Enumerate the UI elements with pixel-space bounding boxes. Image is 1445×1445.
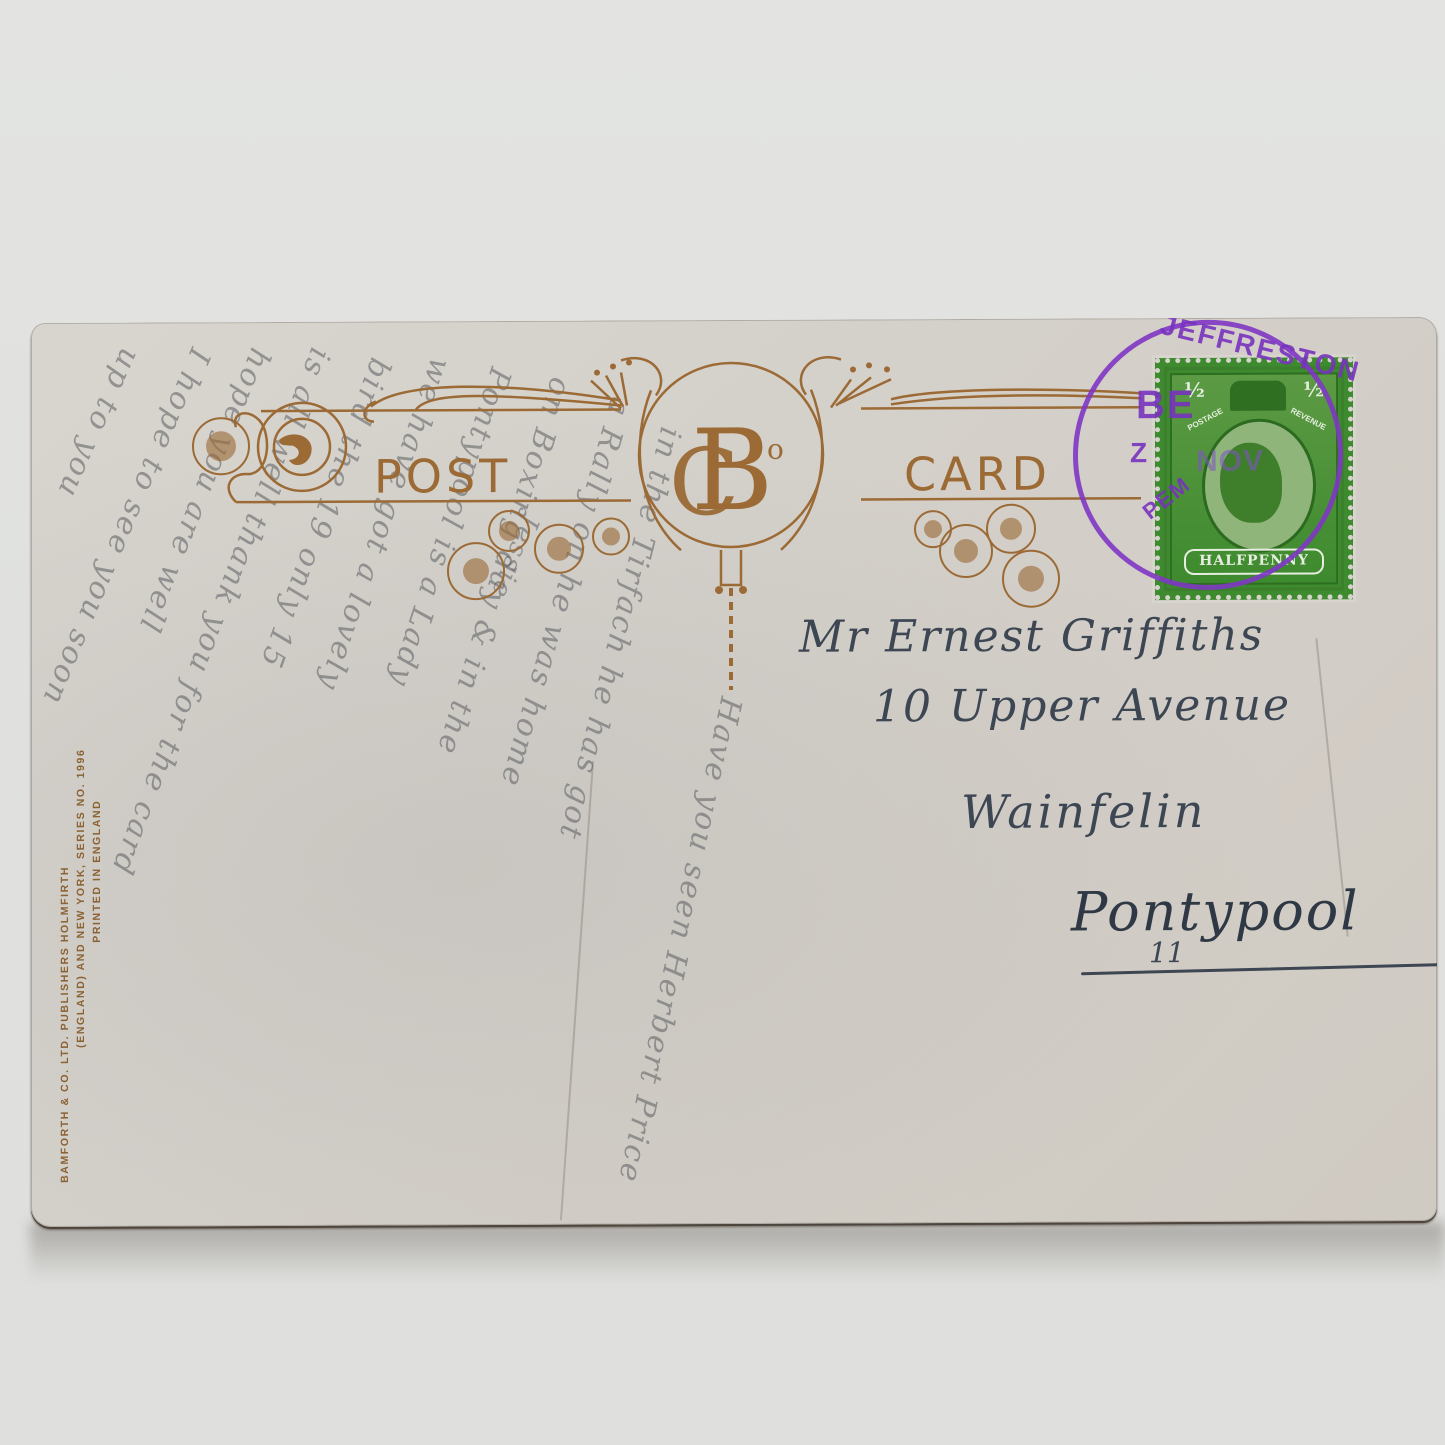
postmark: JEFFRESTON BE Z NOV PEM [1073,319,1343,590]
address-mark: 11 [1149,936,1185,969]
postmark-office: BE [1136,383,1196,428]
monogram-b: B [691,415,773,527]
postcard: Have you seen Herbert Price in the Tirfa… [31,317,1437,1227]
card-shadow [30,1222,1445,1282]
address-town: Wainfelin [961,784,1206,839]
address-city: Pontypool [1071,879,1360,943]
postmark-date: NOV [1196,445,1264,479]
addressee-name: Mr Ernest Griffiths [799,610,1264,663]
postmark-letter: Z [1130,437,1147,469]
card-title: CARD [904,447,1051,502]
post-title: POST [374,449,511,504]
monogram-o: o [767,433,784,466]
postmark-county: PEM [1138,471,1196,525]
address-street: 10 Upper Avenue [873,680,1291,733]
bamforth-monogram: C B o [663,415,793,556]
flower-cluster [193,415,1059,611]
